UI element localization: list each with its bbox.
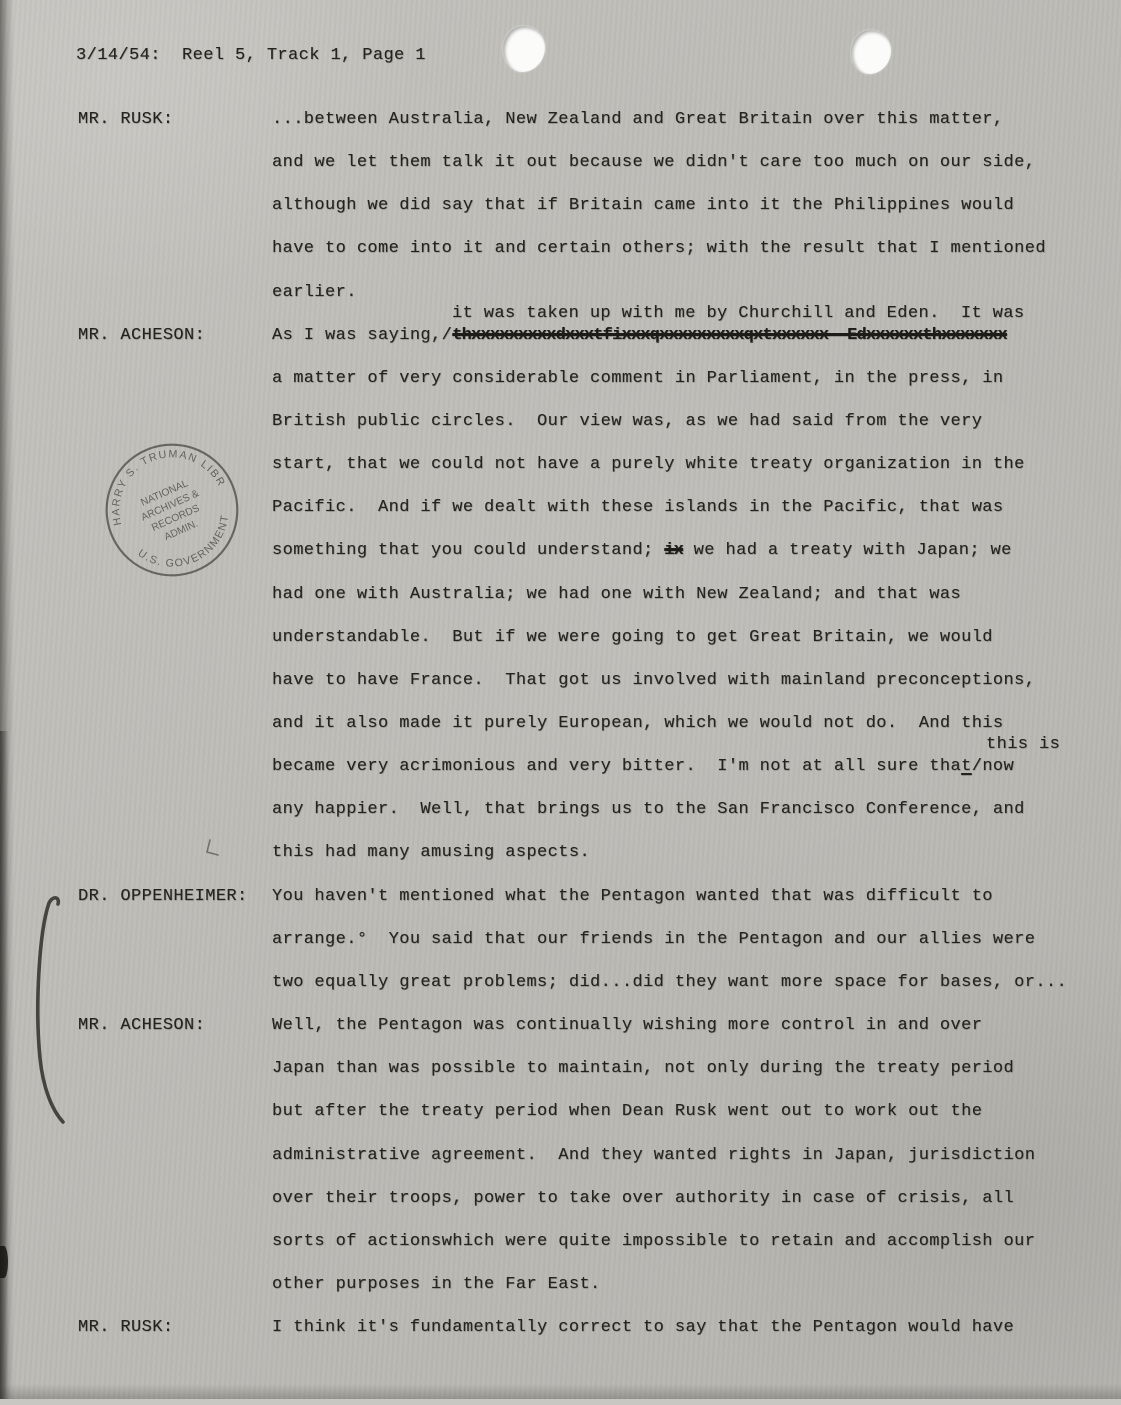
text-line-with-strikeout: something that you could understand; ix … [272,541,1012,560]
line-text: other purposes in the Far East. [272,1275,601,1294]
text-line: but after the treaty period when Dean Ru… [272,1102,982,1121]
line-text: British public circles. Our view was, as… [272,412,982,431]
speaker-label: MR. ACHESON: [78,1016,205,1035]
text-line: sorts of actionswhich were quite impossi… [272,1232,1035,1251]
line-text: but after the treaty period when Dean Ru… [272,1102,982,1121]
line-text: Pacific. And if we dealt with these isla… [272,498,1004,517]
text-line: any happier. Well, that brings us to the… [272,800,1025,819]
text-line: had one with Australia; we had one with … [272,585,961,604]
speaker-label: MR. ACHESON: [78,326,205,345]
line-text: /now [972,757,1014,776]
speaker-label: MR. RUSK: [78,1318,173,1337]
line-text: I think it's fundamentally correct to sa… [272,1318,1014,1337]
struck-out-text: thxxxxxxxxxdxxxtfixxxqxxxxxxxxxqxtxxxxxx… [452,326,1007,345]
line-text: Well, the Pentagon was continually wishi… [272,1016,982,1035]
line-text: As I was saying,/ [272,326,452,345]
scan-edge-shadow-left-lower [0,731,9,1405]
struck-out-text: ix [664,541,683,560]
text-line: arrange.° You said that our friends in t… [272,930,1035,949]
line-text: have to have France. That got us involve… [272,671,1035,690]
text-line: Japan than was possible to maintain, not… [272,1059,1014,1078]
speaker-label: MR. RUSK: [78,110,173,129]
caret-underlined-text: t [961,757,972,776]
text-line: I think it's fundamentally correct to sa… [272,1318,1014,1337]
text-line: Pacific. And if we dealt with these isla… [272,498,1004,517]
line-text: a matter of very considerable comment in… [272,369,1004,388]
line-text: arrange.° You said that our friends in t… [272,930,1035,949]
interline-insertion: this is [986,735,1060,754]
text-line: other purposes in the Far East. [272,1275,601,1294]
text-line: although we did say that if Britain came… [272,196,1014,215]
line-text: understandable. But if we were going to … [272,628,993,647]
line-text: two equally great problems; did...did th… [272,973,1067,992]
line-text: any happier. Well, that brings us to the… [272,800,1025,819]
text-line: this had many amusing aspects. [272,843,590,862]
stamp-center-text: NATIONAL ARCHIVES & RECORDS ADMIN. [134,476,212,549]
line-text: and it also made it purely European, whi… [272,714,1004,733]
text-line: administrative agreement. And they wante… [272,1146,1035,1165]
text-line: earlier. [272,283,357,302]
line-text: sorts of actionswhich were quite impossi… [272,1232,1035,1251]
line-text: and we let them talk it out because we d… [272,153,1035,172]
line-text: although we did say that if Britain came… [272,196,1014,215]
line-text: Japan than was possible to maintain, not… [272,1059,1014,1078]
speaker-label: DR. OPPENHEIMER: [78,887,248,906]
text-line: have to have France. That got us involve… [272,671,1035,690]
line-text: have to come into it and certain others;… [272,239,1046,258]
line-text: start, that we could not have a purely w… [272,455,1025,474]
line-text: administrative agreement. And they wante… [272,1146,1035,1165]
pencil-mark [203,838,225,860]
line-text: we had a treaty with Japan; we [683,541,1012,560]
scan-edge-shadow-bottom [0,1384,1121,1399]
text-line: You haven't mentioned what the Pentagon … [272,887,993,906]
line-text: this had many amusing aspects. [272,843,590,862]
line-text: had one with Australia; we had one with … [272,585,961,604]
line-text: You haven't mentioned what the Pentagon … [272,887,993,906]
line-text: ...between Australia, New Zealand and Gr… [272,110,1004,129]
line-text: over their troops, power to take over au… [272,1189,1014,1208]
line-text: earlier. [272,283,357,302]
scan-edge-strip-bottom [0,1399,1121,1405]
line-text: became very acrimonious and very bitter.… [272,757,961,776]
text-line-with-caret: became very acrimonious and very bitter.… [272,757,1014,776]
scan-edge-artifact [0,1246,8,1278]
text-line: British public circles. Our view was, as… [272,412,982,431]
text-line: understandable. But if we were going to … [272,628,993,647]
page-header: 3/14/54: Reel 5, Track 1, Page 1 [76,46,426,65]
text-line: Well, the Pentagon was continually wishi… [272,1016,982,1035]
interline-insertion: it was taken up with me by Churchill and… [452,304,1025,323]
text-line: and it also made it purely European, whi… [272,714,1004,733]
line-text: something that you could understand; [272,541,664,560]
text-line: ...between Australia, New Zealand and Gr… [272,110,1004,129]
handwritten-margin-bracket [30,890,80,1135]
text-line-with-strikeout: As I was saying,/thxxxxxxxxxdxxxtfixxxqx… [272,326,1007,345]
text-line: have to come into it and certain others;… [272,239,1046,258]
text-line: two equally great problems; did...did th… [272,973,1067,992]
text-line: a matter of very considerable comment in… [272,369,1004,388]
text-line: over their troops, power to take over au… [272,1189,1014,1208]
text-line: start, that we could not have a purely w… [272,455,1025,474]
text-line: and we let them talk it out because we d… [272,153,1035,172]
